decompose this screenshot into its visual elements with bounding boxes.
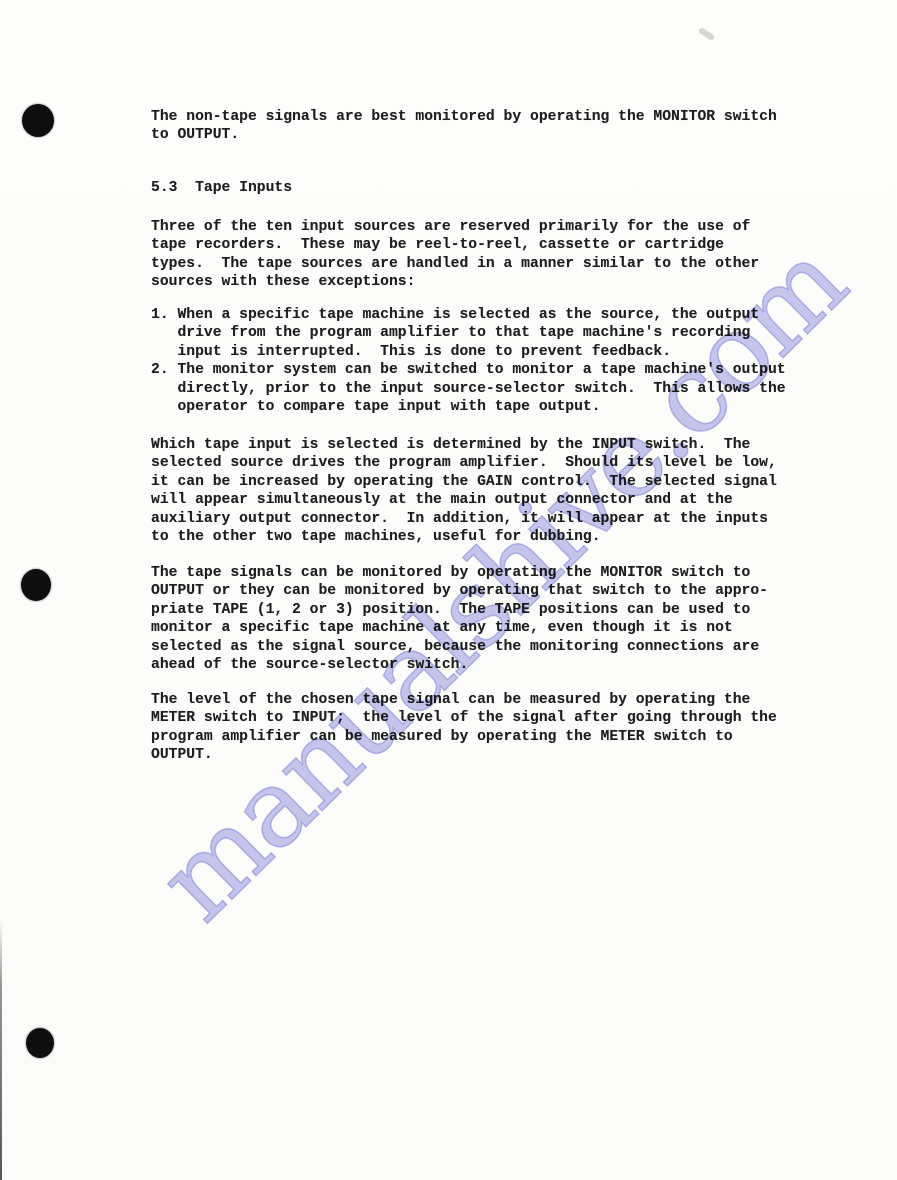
paragraph-input-switch: Which tape input is selected is determin… <box>151 436 777 546</box>
scanned-document-page: The non-tape signals are best monitored … <box>0 0 897 1180</box>
hole-punch-dot-bottom <box>26 1028 54 1058</box>
numbered-list-tape-exceptions: 1. When a specific tape machine is selec… <box>151 306 786 416</box>
scan-speck <box>698 27 716 41</box>
paragraph-tape-sources-intro: Three of the ten input sources are reser… <box>151 218 759 292</box>
paragraph-monitor-switch: The tape signals can be monitored by ope… <box>151 564 768 674</box>
paragraph-meter-switch: The level of the chosen tape signal can … <box>151 691 777 765</box>
hole-punch-dot-middle <box>21 569 51 601</box>
hole-punch-dot-top <box>22 104 54 137</box>
section-heading-tape-inputs: 5.3 Tape Inputs <box>151 179 292 197</box>
paragraph-monitor-output: The non-tape signals are best monitored … <box>151 108 777 145</box>
scan-edge-shadow <box>0 920 2 1180</box>
